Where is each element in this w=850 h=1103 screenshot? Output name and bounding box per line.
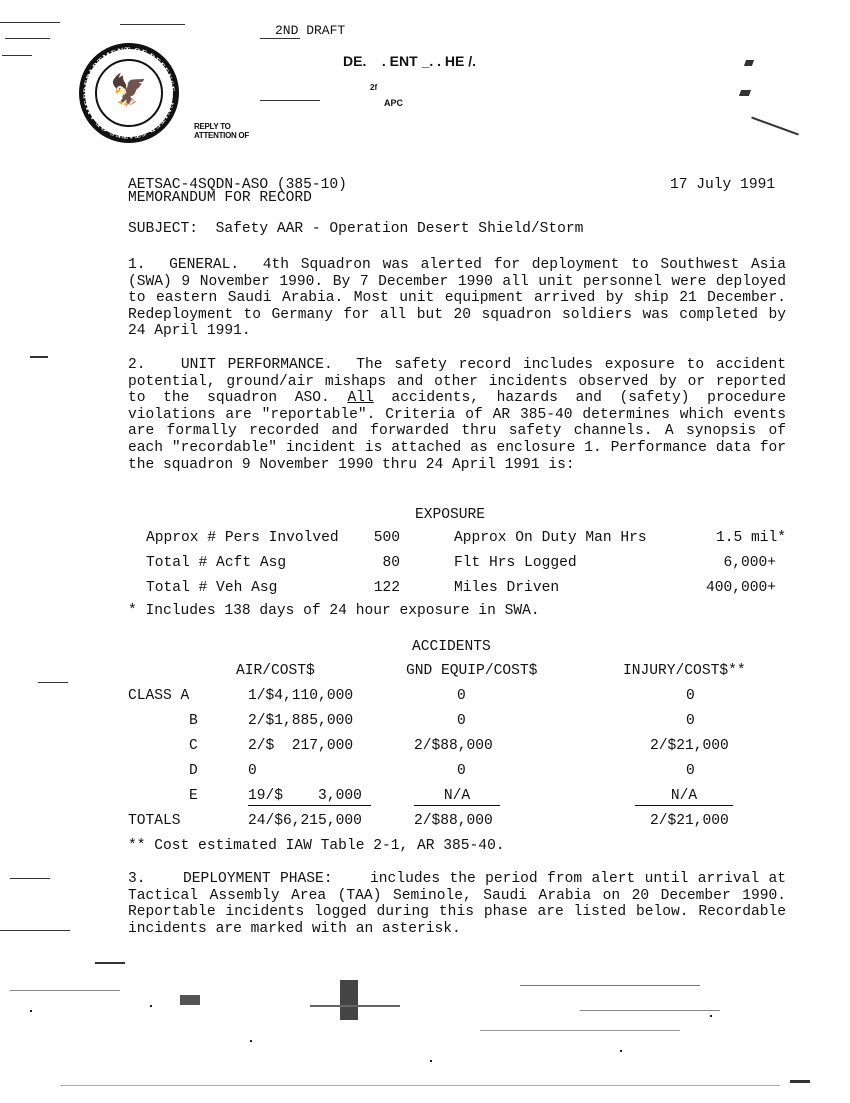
- paragraph-unit-performance: 2. UNIT PERFORMANCE. The safety record i…: [128, 357, 786, 473]
- subject-text: Safety AAR - Operation Desert Shield/Sto…: [216, 221, 584, 237]
- column-header: AIR/COST$: [236, 663, 315, 680]
- exposure-title: EXPOSURE: [415, 507, 485, 524]
- paragraph-heading: DEPLOYMENT PHASE:: [183, 871, 333, 887]
- accidents-header-row: AIR/COST$ GND EQUIP/COST$ INJURY/COST$**: [128, 663, 788, 680]
- address-fragment-1: 2f: [370, 83, 377, 92]
- memo-type: MEMORANDUM FOR RECORD: [128, 190, 312, 207]
- totals-row: TOTALS 24/$6,215,000 2/$88,000 2/$21,000: [128, 813, 788, 830]
- memo-date: 17 July 1991: [670, 177, 775, 194]
- subject-line: SUBJECT: Safety AAR - Operation Desert S…: [128, 221, 583, 238]
- address-fragment-2: APC: [384, 98, 403, 108]
- attention-of-label: ATTENTION OF: [194, 131, 249, 140]
- table-row: B 2/$1,885,000 0 0: [128, 713, 788, 730]
- accidents-title: ACCIDENTS: [412, 639, 491, 656]
- svg-text:DEPARTMENT OF DEFENSE · UNITED: DEPARTMENT OF DEFENSE · UNITED STATES OF…: [79, 43, 177, 141]
- seal-ring-text: DEPARTMENT OF DEFENSE · UNITED STATES OF…: [79, 43, 179, 143]
- paragraph-heading: GENERAL.: [169, 257, 239, 273]
- exposure-row: Total # Veh Asg 122 Miles Driven 400,000…: [146, 580, 786, 597]
- exposure-row: Total # Acft Asg 80 Flt Hrs Logged 6,000…: [146, 555, 786, 572]
- column-header: INJURY/COST$**: [623, 663, 746, 680]
- accidents-footnote: ** Cost estimated IAW Table 2-1, AR 385-…: [128, 838, 505, 855]
- paragraph-general: 1. GENERAL. 4th Squadron was alerted for…: [128, 257, 786, 340]
- table-row: D 0 0 0: [128, 763, 788, 780]
- exposure-footnote: * Includes 138 days of 24 hour exposure …: [128, 603, 540, 620]
- paragraph-heading: UNIT PERFORMANCE.: [181, 357, 333, 373]
- table-row: CLASS A 1/$4,110,000 0 0: [128, 688, 788, 705]
- reply-to-label: REPLY TO: [194, 122, 231, 131]
- table-row: C 2/$ 217,000 2/$88,000 2/$21,000: [128, 738, 788, 755]
- department-heading: DE. . ENT _. . HE /.: [343, 53, 476, 69]
- paragraph-deployment-phase: 3. DEPLOYMENT PHASE: includes the period…: [128, 871, 786, 937]
- column-header: GND EQUIP/COST$: [406, 663, 537, 680]
- table-row: E 19/$ 3,000 N/A N/A: [128, 788, 788, 805]
- underlined-emphasis: All: [347, 390, 373, 406]
- draft-stamp: 2ND DRAFT: [275, 23, 345, 38]
- subject-label: SUBJECT:: [128, 221, 198, 237]
- exposure-row: Approx # Pers Involved 500 Approx On Dut…: [146, 530, 786, 547]
